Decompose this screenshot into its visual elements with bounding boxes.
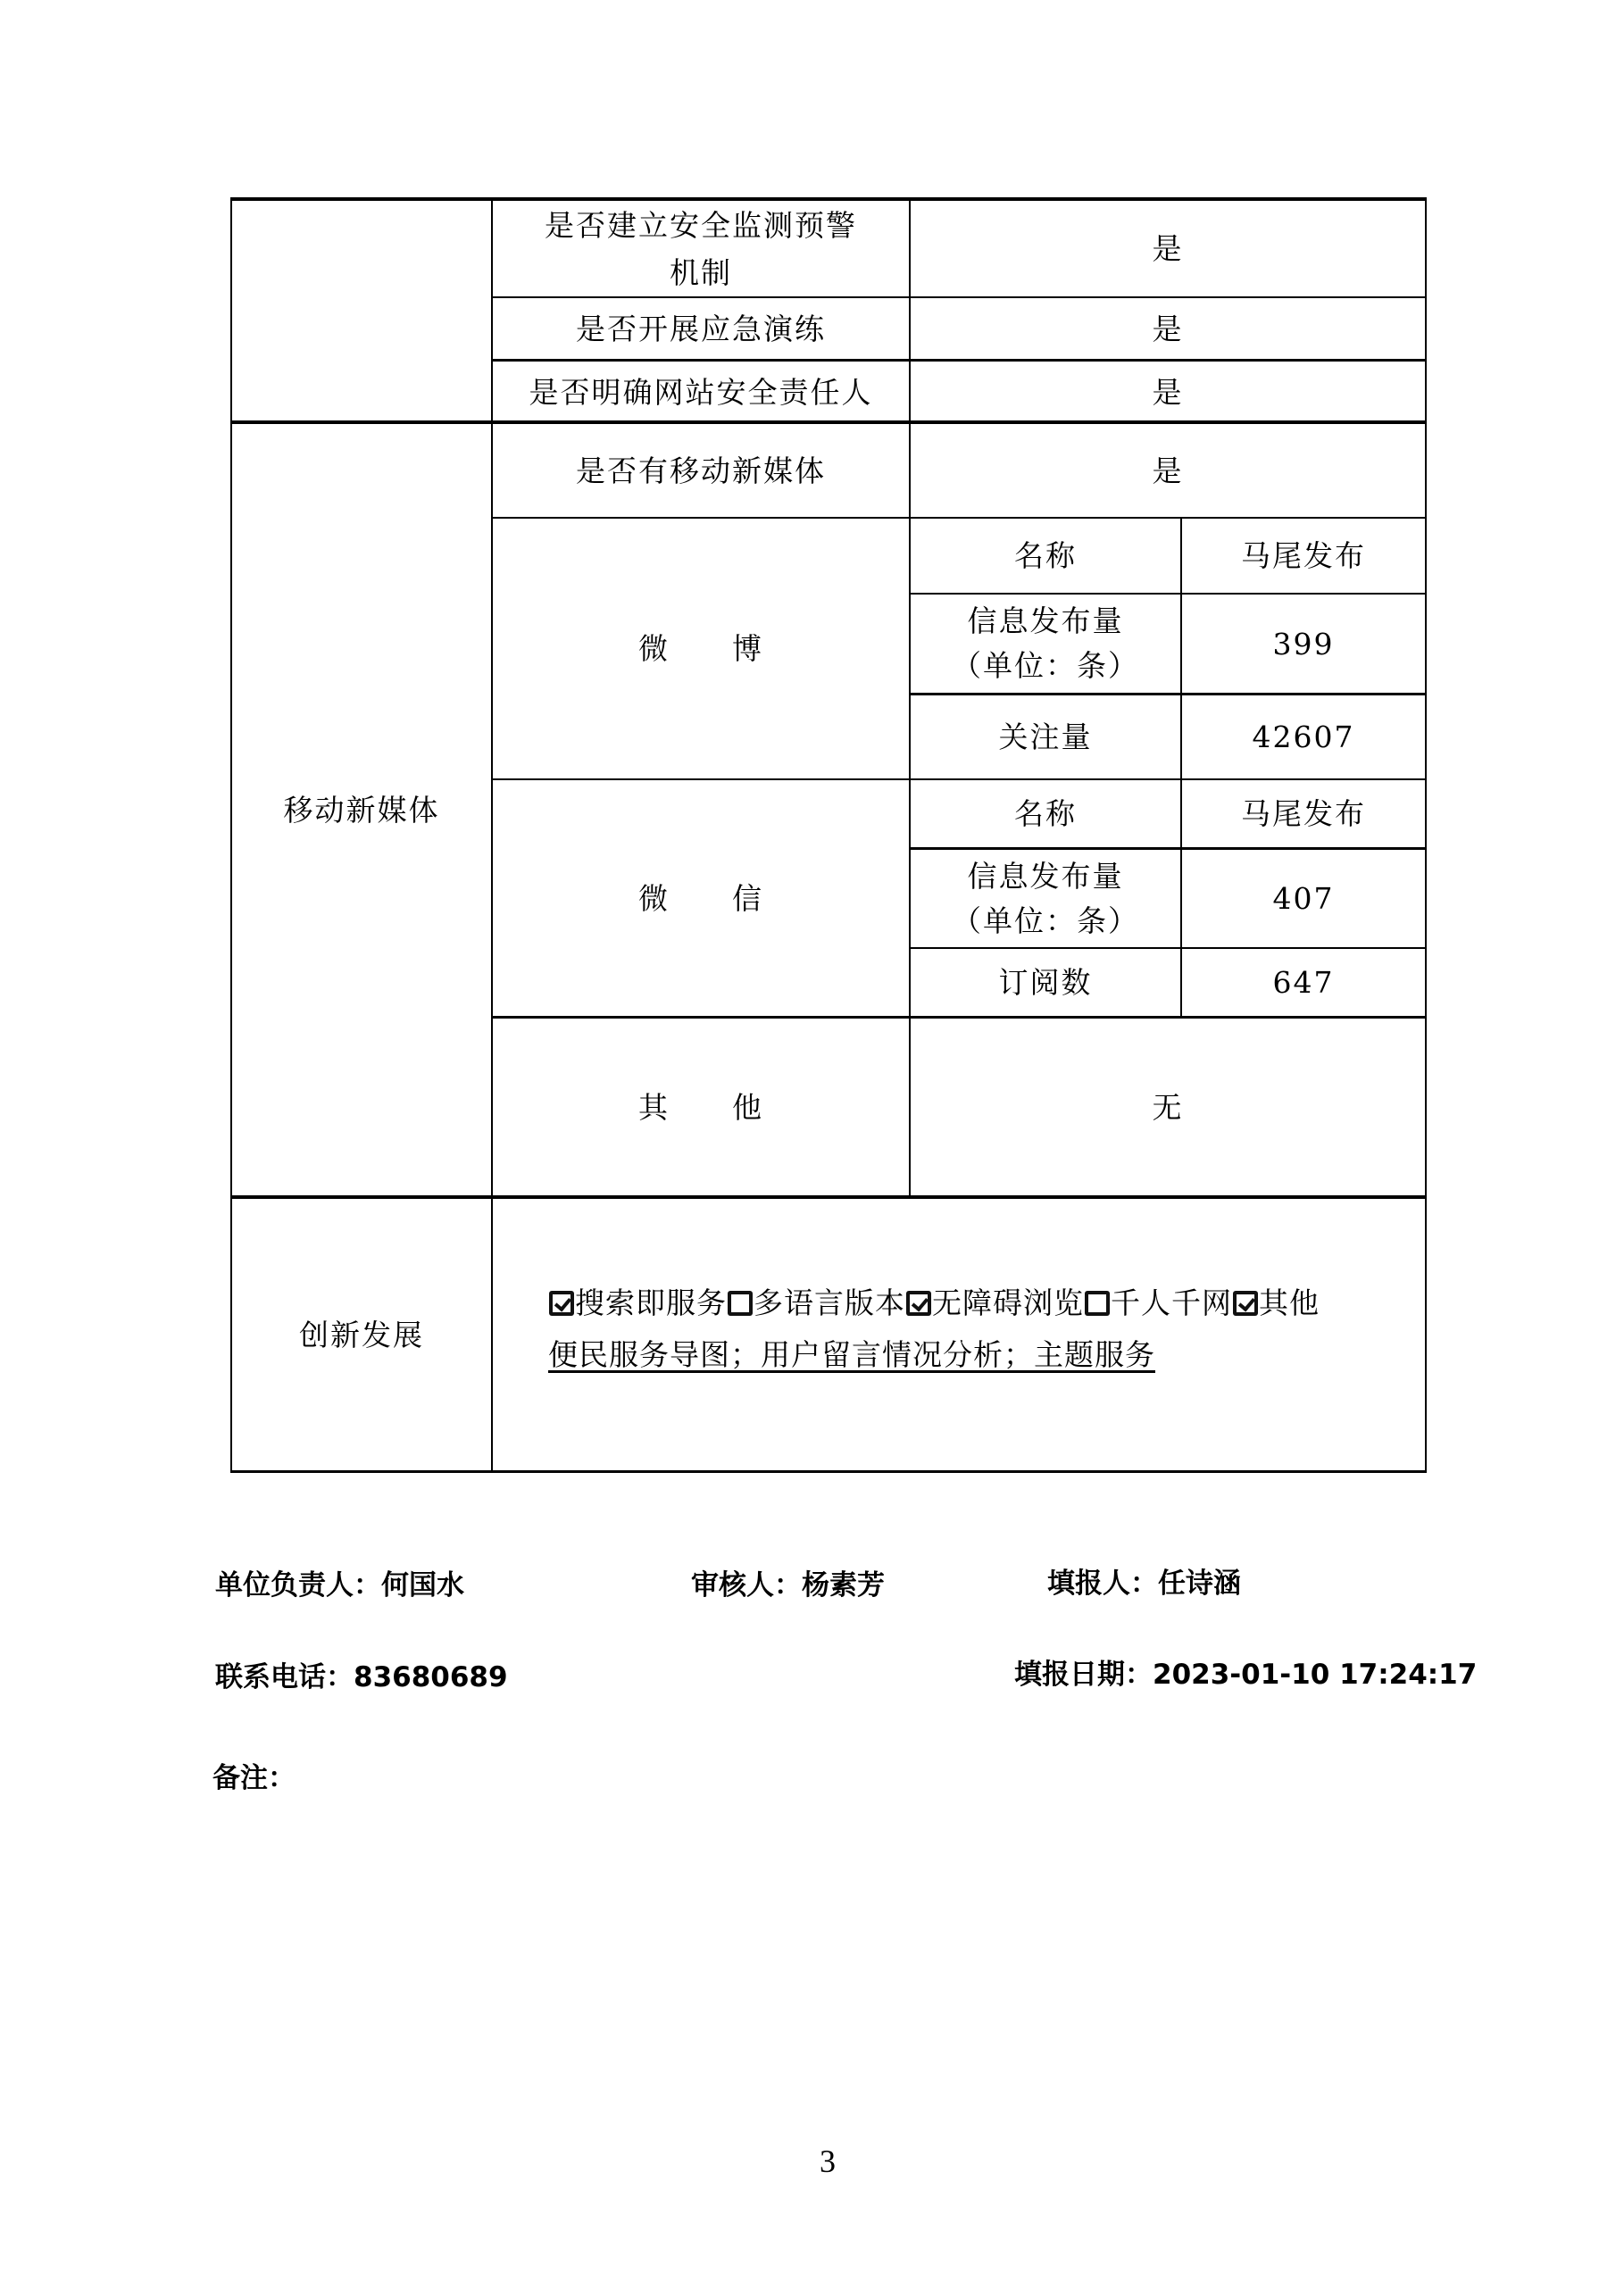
- weixin-posts-value: 407: [1180, 847, 1427, 949]
- weibo-posts-label: 信息发布量 （单位：条）: [909, 593, 1182, 695]
- label: 订阅数: [999, 959, 1093, 1006]
- option-search-service: 搜索即服务: [575, 1285, 727, 1320]
- has-mobile-media-label: 是否有移动新媒体: [491, 420, 911, 519]
- label: 是否开展应急演练: [576, 305, 826, 353]
- value: 是: [1153, 305, 1184, 353]
- filler: 填报人：任诗涵: [1047, 1560, 1241, 1601]
- other-media-label-cell: 其 他: [491, 1016, 911, 1197]
- label: 名称: [1014, 790, 1077, 837]
- weixin-label-cell: 微 信: [491, 778, 911, 1018]
- value: 407: [1273, 875, 1335, 922]
- value: 42607: [1253, 713, 1355, 761]
- value: 是: [1153, 225, 1184, 272]
- category-label: 移动新媒体: [284, 786, 440, 834]
- checkbox-search-service-icon[interactable]: [549, 1291, 574, 1316]
- weibo-posts-value: 399: [1180, 593, 1427, 695]
- weibo-followers-value: 42607: [1180, 693, 1427, 780]
- weixin-label: 微 信: [638, 875, 763, 922]
- value: 是: [1153, 447, 1184, 495]
- checkbox-other-icon[interactable]: [1233, 1291, 1258, 1316]
- label-line1: 信息发布量: [968, 854, 1124, 899]
- category-label: 创新发展: [299, 1311, 424, 1359]
- mobile-media-category-cell: 移动新媒体: [230, 420, 493, 1197]
- innovation-options-cell: 搜索即服务多语言版本无障碍浏览千人千网其他 便民服务导图；用户留言情况分析；主题…: [491, 1195, 1427, 1473]
- security-category-cell: [230, 197, 493, 424]
- label: 名称: [1014, 532, 1077, 579]
- option-other: 其他: [1259, 1285, 1320, 1320]
- weixin-name-value: 马尾发布: [1180, 778, 1427, 849]
- value: 是: [1153, 369, 1184, 416]
- value: 399: [1273, 620, 1335, 668]
- label-line2: （单位：条）: [952, 644, 1139, 688]
- page-number: 3: [820, 2142, 836, 2180]
- innovation-category-cell: 创新发展: [230, 1195, 493, 1473]
- has-mobile-media-value: 是: [909, 420, 1427, 519]
- checkbox-personalized-icon[interactable]: [1085, 1291, 1110, 1316]
- weixin-subscribers-value: 647: [1180, 947, 1427, 1018]
- security-row-drill-value: 是: [909, 296, 1427, 361]
- value: 马尾发布: [1241, 790, 1366, 837]
- reviewer: 审核人：杨素芳: [691, 1562, 885, 1602]
- security-row-drill-label: 是否开展应急演练: [491, 296, 911, 361]
- checkbox-accessibility-icon[interactable]: [906, 1291, 931, 1316]
- option-personalized: 千人千网: [1111, 1285, 1232, 1320]
- security-row-monitoring-label: 是否建立安全监测预警 机制: [491, 197, 911, 298]
- unit-head: 单位负责人：何国水: [215, 1562, 464, 1602]
- option-accessibility: 无障碍浏览: [932, 1285, 1084, 1320]
- weixin-name-label: 名称: [909, 778, 1182, 849]
- option-multilanguage: 多语言版本: [754, 1285, 905, 1320]
- value: 马尾发布: [1241, 532, 1366, 579]
- document-page: 是否建立安全监测预警 机制 是 是否开展应急演练 是 是否明确网站安全责任人 是…: [0, 0, 1624, 2296]
- weibo-followers-label: 关注量: [909, 693, 1182, 780]
- other-detail-text: 便民服务导图；用户留言情况分析；主题服务: [548, 1337, 1155, 1372]
- fill-date: 填报日期：2023-01-10 17:24:17: [1014, 1651, 1477, 1692]
- other-media-label: 其 他: [638, 1084, 763, 1131]
- label-line1: 是否建立安全监测预警: [545, 202, 857, 249]
- security-row-responsible-value: 是: [909, 359, 1427, 424]
- checkbox-multilanguage-icon[interactable]: [728, 1291, 753, 1316]
- weixin-posts-label: 信息发布量 （单位：条）: [909, 847, 1182, 949]
- weibo-name-label: 名称: [909, 517, 1182, 595]
- weibo-label-cell: 微 博: [491, 517, 911, 780]
- security-row-responsible-label: 是否明确网站安全责任人: [491, 359, 911, 424]
- label: 关注量: [999, 713, 1093, 761]
- security-row-monitoring-value: 是: [909, 197, 1427, 298]
- weibo-name-value: 马尾发布: [1180, 517, 1427, 595]
- remarks: 备注：: [212, 1755, 296, 1795]
- other-media-value: 无: [1153, 1084, 1184, 1131]
- label-line1: 信息发布量: [968, 599, 1124, 644]
- label: 是否有移动新媒体: [576, 447, 826, 495]
- contact-phone: 联系电话：83680689: [215, 1654, 508, 1694]
- innovation-options-line: 搜索即服务多语言版本无障碍浏览千人千网其他 便民服务导图；用户留言情况分析；主题…: [548, 1277, 1320, 1381]
- weixin-subscribers-label: 订阅数: [909, 947, 1182, 1018]
- label: 是否明确网站安全责任人: [529, 369, 873, 416]
- value: 647: [1273, 959, 1335, 1006]
- other-media-value-cell: 无: [909, 1016, 1427, 1197]
- label-line2: 机制: [670, 249, 732, 296]
- weibo-label: 微 博: [638, 625, 763, 672]
- label-line2: （单位：条）: [952, 899, 1139, 944]
